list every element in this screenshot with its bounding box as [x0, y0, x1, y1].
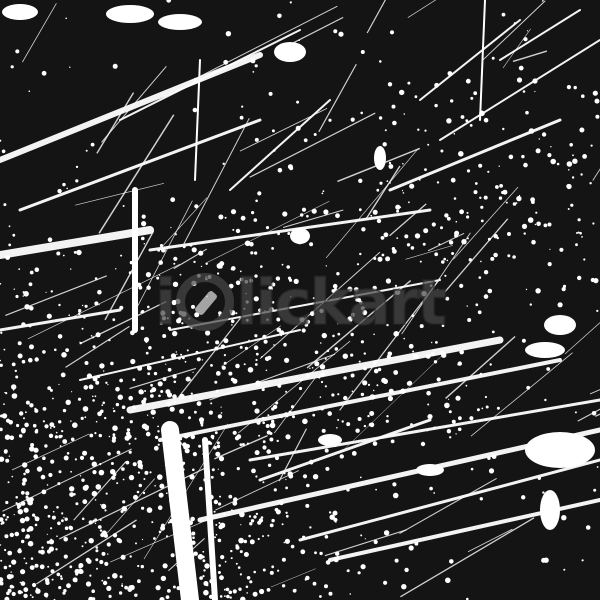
- grunge-texture-image: i lickart: [0, 0, 600, 600]
- scratch-texture: [0, 0, 600, 600]
